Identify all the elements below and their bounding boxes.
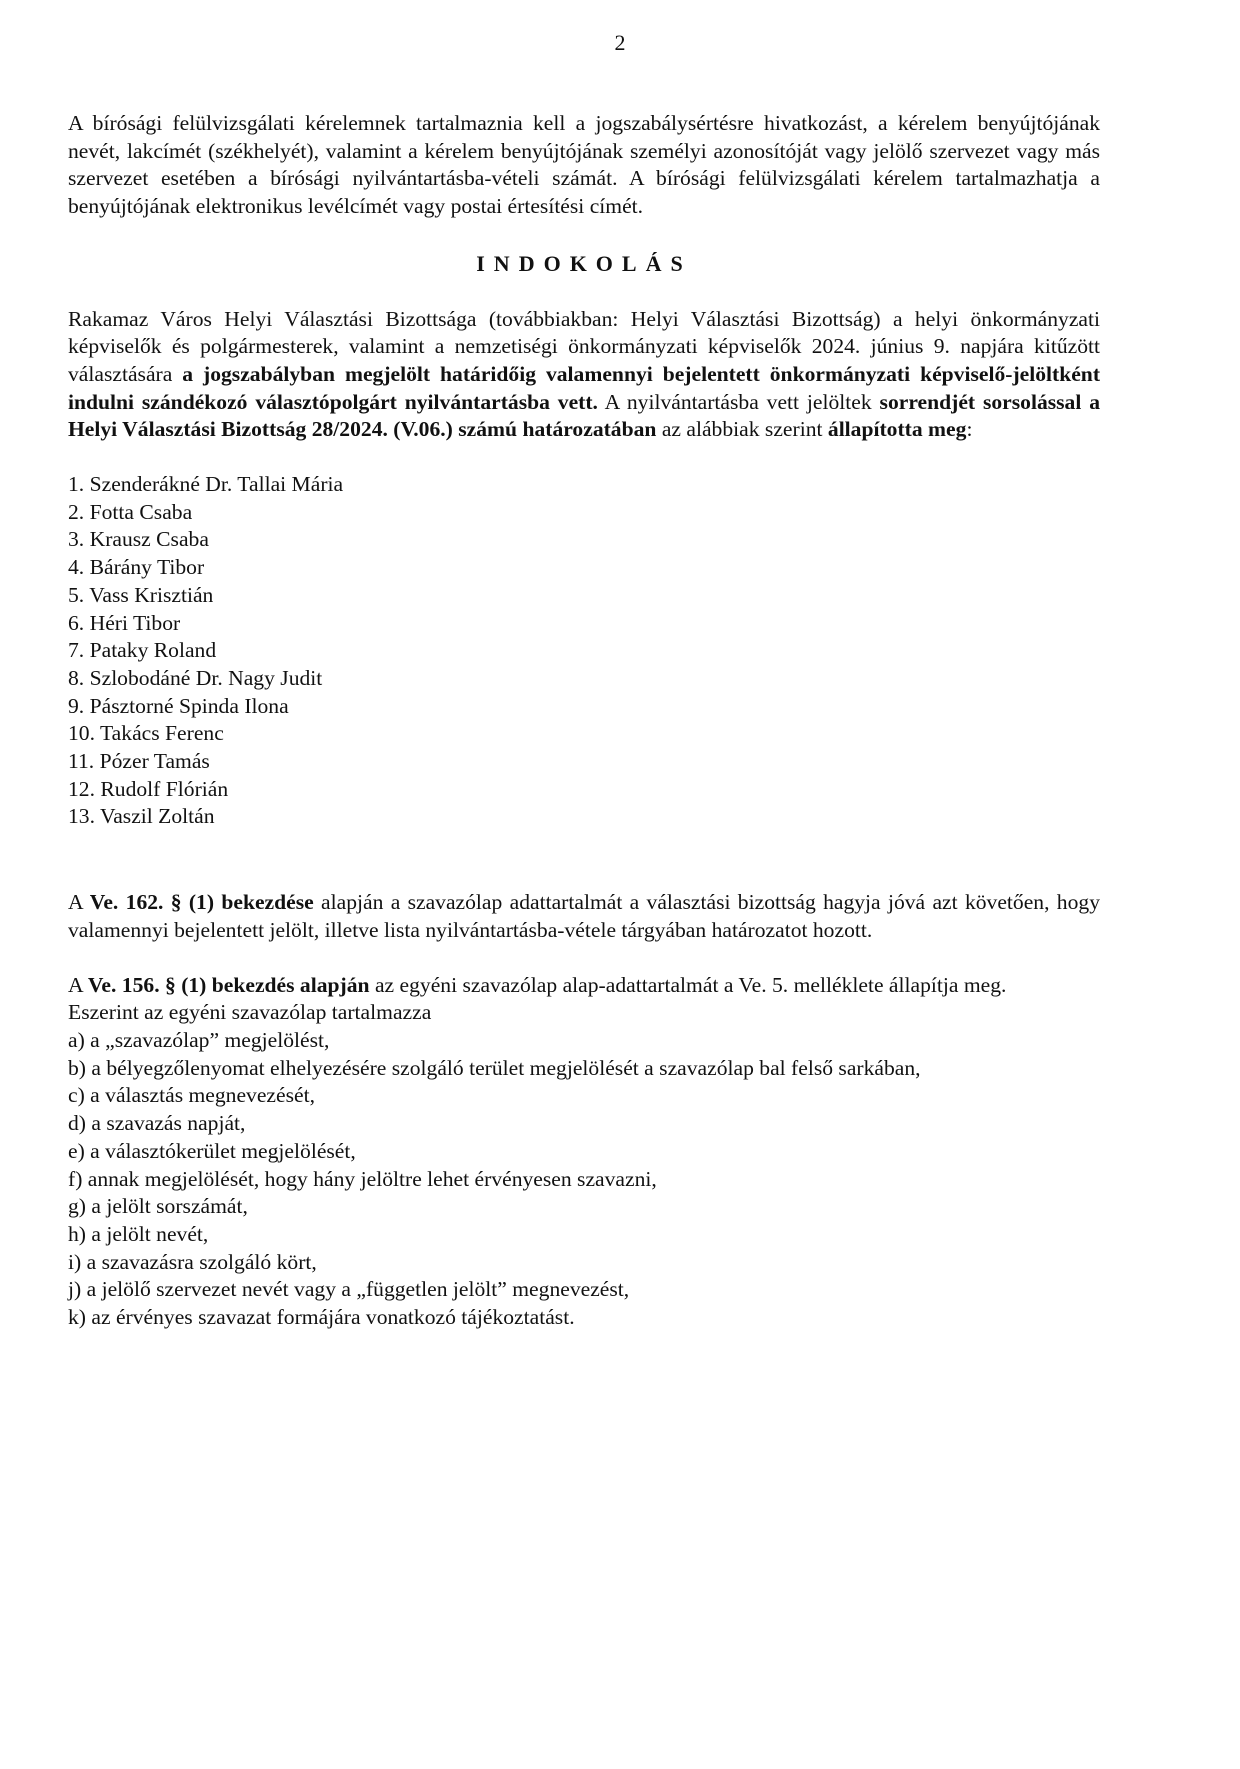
ve156-bold: Ve. 156. § (1) bekezdés alapján	[88, 973, 370, 997]
ballot-item: e) a választókerület megjelölését,	[68, 1138, 1100, 1166]
reasoning-text: :	[966, 417, 972, 441]
heading-text: INDOKOLÁS	[476, 251, 691, 276]
candidate-item: 11. Pózer Tamás	[68, 748, 1100, 776]
ve156-text: az egyéni szavazólap alap-adattartalmát …	[370, 973, 1007, 997]
ve162-text: A	[68, 890, 90, 914]
ballot-item: b) a bélyegzőlenyomat elhelyezésére szol…	[68, 1055, 1100, 1083]
ballot-item: j) a jelölő szervezet nevét vagy a „függ…	[68, 1276, 1100, 1304]
page-number: 2	[0, 30, 1240, 56]
ballot-items-list: a) a „szavazólap” megjelölést, b) a bély…	[68, 1027, 1100, 1332]
candidate-item: 10. Takács Ferenc	[68, 720, 1100, 748]
ballot-item: g) a jelölt sorszámát,	[68, 1193, 1100, 1221]
document-body: A bírósági felülvizsgálati kérelemnek ta…	[68, 110, 1100, 1332]
candidate-item: 7. Pataky Roland	[68, 637, 1100, 665]
candidate-item: 5. Vass Krisztián	[68, 582, 1100, 610]
reasoning-text: az alábbiak szerint	[656, 417, 827, 441]
section-heading: INDOKOLÁS	[68, 250, 1100, 278]
candidate-list: 1. Szenderákné Dr. Tallai Mária 2. Fotta…	[68, 471, 1100, 831]
candidate-item: 1. Szenderákné Dr. Tallai Mária	[68, 471, 1100, 499]
ballot-item: h) a jelölt nevét,	[68, 1221, 1100, 1249]
reasoning-bold: állapította meg	[828, 417, 967, 441]
candidate-item: 2. Fotta Csaba	[68, 499, 1100, 527]
reasoning-paragraph: Rakamaz Város Helyi Választási Bizottság…	[68, 306, 1100, 445]
candidate-item: 8. Szlobodáné Dr. Nagy Judit	[68, 665, 1100, 693]
candidate-item: 6. Héri Tibor	[68, 610, 1100, 638]
candidate-item: 9. Pásztorné Spinda Ilona	[68, 693, 1100, 721]
candidate-item: 4. Bárány Tibor	[68, 554, 1100, 582]
ve162-bold: Ve. 162. § (1) bekezdése	[90, 890, 314, 914]
candidate-item: 13. Vaszil Zoltán	[68, 803, 1100, 831]
ve156-text: A	[68, 973, 88, 997]
ballot-item: d) a szavazás napját,	[68, 1110, 1100, 1138]
ballot-item: k) az érvényes szavazat formájára vonatk…	[68, 1304, 1100, 1332]
candidate-item: 3. Krausz Csaba	[68, 526, 1100, 554]
ve156-paragraph: A Ve. 156. § (1) bekezdés alapján az egy…	[68, 972, 1100, 1000]
ballot-item: a) a „szavazólap” megjelölést,	[68, 1027, 1100, 1055]
ballot-item: i) a szavazásra szolgáló kört,	[68, 1249, 1100, 1277]
ve162-paragraph: A Ve. 162. § (1) bekezdése alapján a sza…	[68, 889, 1100, 944]
candidate-item: 12. Rudolf Flórián	[68, 776, 1100, 804]
ballot-item: c) a választás megnevezését,	[68, 1082, 1100, 1110]
ballot-item: f) annak megjelölését, hogy hány jelöltr…	[68, 1166, 1100, 1194]
reasoning-text: A nyilvántartásba vett jelöltek	[598, 390, 880, 414]
ballot-intro: Eszerint az egyéni szavazólap tartalmazz…	[68, 999, 1100, 1027]
intro-paragraph: A bírósági felülvizsgálati kérelemnek ta…	[68, 110, 1100, 221]
